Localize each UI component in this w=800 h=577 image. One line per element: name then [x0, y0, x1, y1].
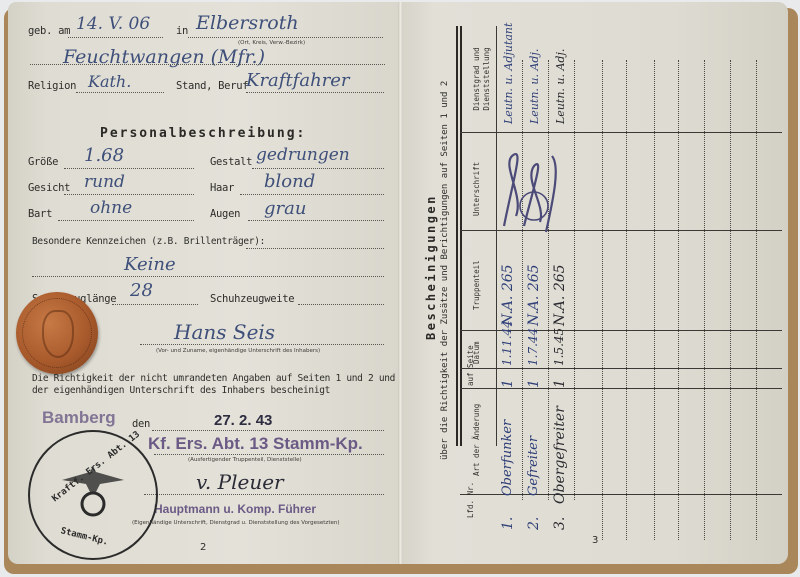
- table-border: [460, 26, 462, 446]
- special-marks-value: Keine: [124, 254, 176, 275]
- row3-unit: N.A. 265: [552, 264, 568, 326]
- official-seal-stamp: Kraftf. Ers. Abt. 13 Stamm-Kp.: [28, 430, 158, 560]
- page-number: 2: [200, 542, 206, 553]
- rank-stamp: Hauptmann u. Komp. Führer: [154, 502, 316, 516]
- row1-change: Oberfunker: [500, 420, 515, 496]
- row2-date: 1.7.44: [526, 328, 540, 366]
- birth-date-value: 14. V. 06: [76, 14, 150, 34]
- amendments-table: Bescheinigungen über die Richtigkeit der…: [410, 20, 780, 532]
- eyes-label: Augen: [210, 208, 240, 220]
- coin-relief: [42, 310, 74, 358]
- certification-text-1: Die Richtigkeit der nicht umrandeten Ang…: [32, 373, 395, 384]
- eyes-value: grau: [264, 198, 306, 219]
- holder-signature: Hans Seis: [174, 320, 275, 344]
- row3-rank: Leutn. u. Adj.: [554, 49, 567, 124]
- unit-caption: (Ausfertigender Truppenteil, Dienststell…: [188, 457, 302, 463]
- row2-page: 1: [526, 379, 542, 388]
- col-header-change: Art der Änderung: [472, 404, 482, 476]
- build-label: Gestalt: [210, 156, 252, 168]
- table-subtitle: über die Richtigkeit der Zusätze und Ber…: [440, 81, 450, 460]
- face-label: Gesicht: [28, 182, 70, 194]
- row-line: [522, 60, 523, 500]
- birth-date-label: geb. am: [28, 25, 70, 37]
- row1-unit: N.A. 265: [500, 264, 516, 326]
- dotted-line: [112, 304, 198, 305]
- date-label: den: [132, 418, 150, 430]
- row3-change: Obergefreiter: [552, 406, 568, 504]
- beard-label: Bart: [28, 208, 52, 220]
- row-line: [730, 60, 731, 540]
- description-heading: Personalbeschreibung:: [100, 126, 306, 141]
- row-line: [548, 60, 549, 500]
- col-header-signature: Unterschrift: [472, 162, 482, 216]
- shoe-width-label: Schuhzeugweite: [210, 293, 294, 305]
- height-value: 1.68: [84, 145, 124, 166]
- col-divider: [460, 132, 782, 133]
- col-divider: [460, 368, 782, 369]
- row2-rank: Leutn. u. Adj.: [528, 49, 541, 124]
- seal-bottom-text: Stamm-Kp.: [60, 526, 110, 548]
- header-divider: [496, 26, 497, 446]
- row3-date: 1.5.45: [552, 328, 566, 366]
- row2-nr: 2.: [526, 517, 542, 530]
- dotted-line: [64, 194, 194, 195]
- row1-nr: 1.: [500, 517, 516, 530]
- dotted-line: [68, 37, 163, 38]
- row3-nr: 3.: [552, 517, 568, 530]
- col-header-rank: Dienstgrad und Dienststellung: [472, 34, 492, 124]
- dotted-line: [152, 430, 384, 431]
- col-divider: [460, 388, 782, 389]
- rank-caption: (Eigenhändige Unterschrift, Dienstgrad u…: [132, 520, 340, 526]
- col-header-unit: Truppenteil: [472, 260, 482, 310]
- dotted-line: [58, 220, 194, 221]
- col-header-nr: Lfd. Nr.: [466, 482, 476, 518]
- row-line: [654, 60, 655, 540]
- shoe-length-value: 28: [130, 280, 153, 301]
- row1-rank: Leutn. u. Adjutant: [502, 23, 515, 124]
- hair-value: blond: [264, 171, 315, 192]
- dotted-line: [188, 37, 383, 38]
- face-value: rund: [84, 172, 125, 192]
- dotted-line: [240, 194, 384, 195]
- birth-place-label: in: [176, 25, 188, 37]
- dotted-line: [298, 304, 384, 305]
- birth-place-value: Elbersroth: [196, 12, 299, 34]
- row-line: [756, 60, 757, 540]
- row-line: [574, 60, 575, 500]
- beard-value: ohne: [90, 198, 132, 218]
- table-border: [456, 26, 458, 446]
- table-title: Bescheinigungen: [424, 194, 438, 340]
- row-line: [678, 60, 679, 540]
- unit-stamp: Kf. Ers. Abt. 13 Stamm-Kp.: [148, 434, 363, 454]
- row2-change: Gefreiter: [526, 436, 541, 496]
- dotted-line: [252, 168, 384, 169]
- place-stamp: Bamberg: [42, 408, 116, 428]
- officer-signature: v. Pleuer: [196, 470, 284, 494]
- signature-scribbles: [494, 136, 564, 236]
- date-value: 27. 2. 43: [214, 412, 272, 429]
- dotted-line: [76, 92, 164, 93]
- dotted-line: [30, 64, 385, 65]
- religion-value: Kath.: [88, 72, 131, 91]
- dotted-line: [154, 454, 384, 455]
- dotted-line: [32, 276, 384, 277]
- coin-scale-reference: [16, 292, 98, 374]
- dotted-line: [246, 248, 384, 249]
- dotted-line: [140, 344, 384, 345]
- dotted-line: [248, 220, 384, 221]
- special-marks-label: Besondere Kennzeichen (z.B. Brillenträge…: [32, 236, 265, 247]
- row1-page: 1: [500, 379, 516, 388]
- row-line: [704, 60, 705, 540]
- row-line: [626, 60, 627, 540]
- dotted-line: [64, 168, 194, 169]
- build-value: gedrungen: [256, 145, 350, 165]
- certification-text-2: der eigenhändigen Unterschrift des Inhab…: [32, 385, 330, 396]
- col-header-date: Datum: [472, 341, 482, 364]
- row2-unit: N.A. 265: [526, 264, 542, 326]
- hair-label: Haar: [210, 182, 234, 194]
- dotted-line: [246, 92, 384, 93]
- page-number: 3: [592, 535, 598, 546]
- occupation-value: Kraftfahrer: [246, 70, 350, 91]
- row1-date: 1.11.44: [500, 320, 514, 366]
- height-label: Größe: [28, 156, 58, 168]
- religion-label: Religion: [28, 80, 76, 92]
- occupation-label: Stand, Beruf: [176, 80, 248, 92]
- dotted-line: [144, 494, 384, 495]
- row-line: [602, 60, 603, 540]
- row3-page: 1: [552, 379, 568, 388]
- holder-signature-caption: (Vor- und Zuname, eigenhändige Unterschr…: [156, 348, 320, 354]
